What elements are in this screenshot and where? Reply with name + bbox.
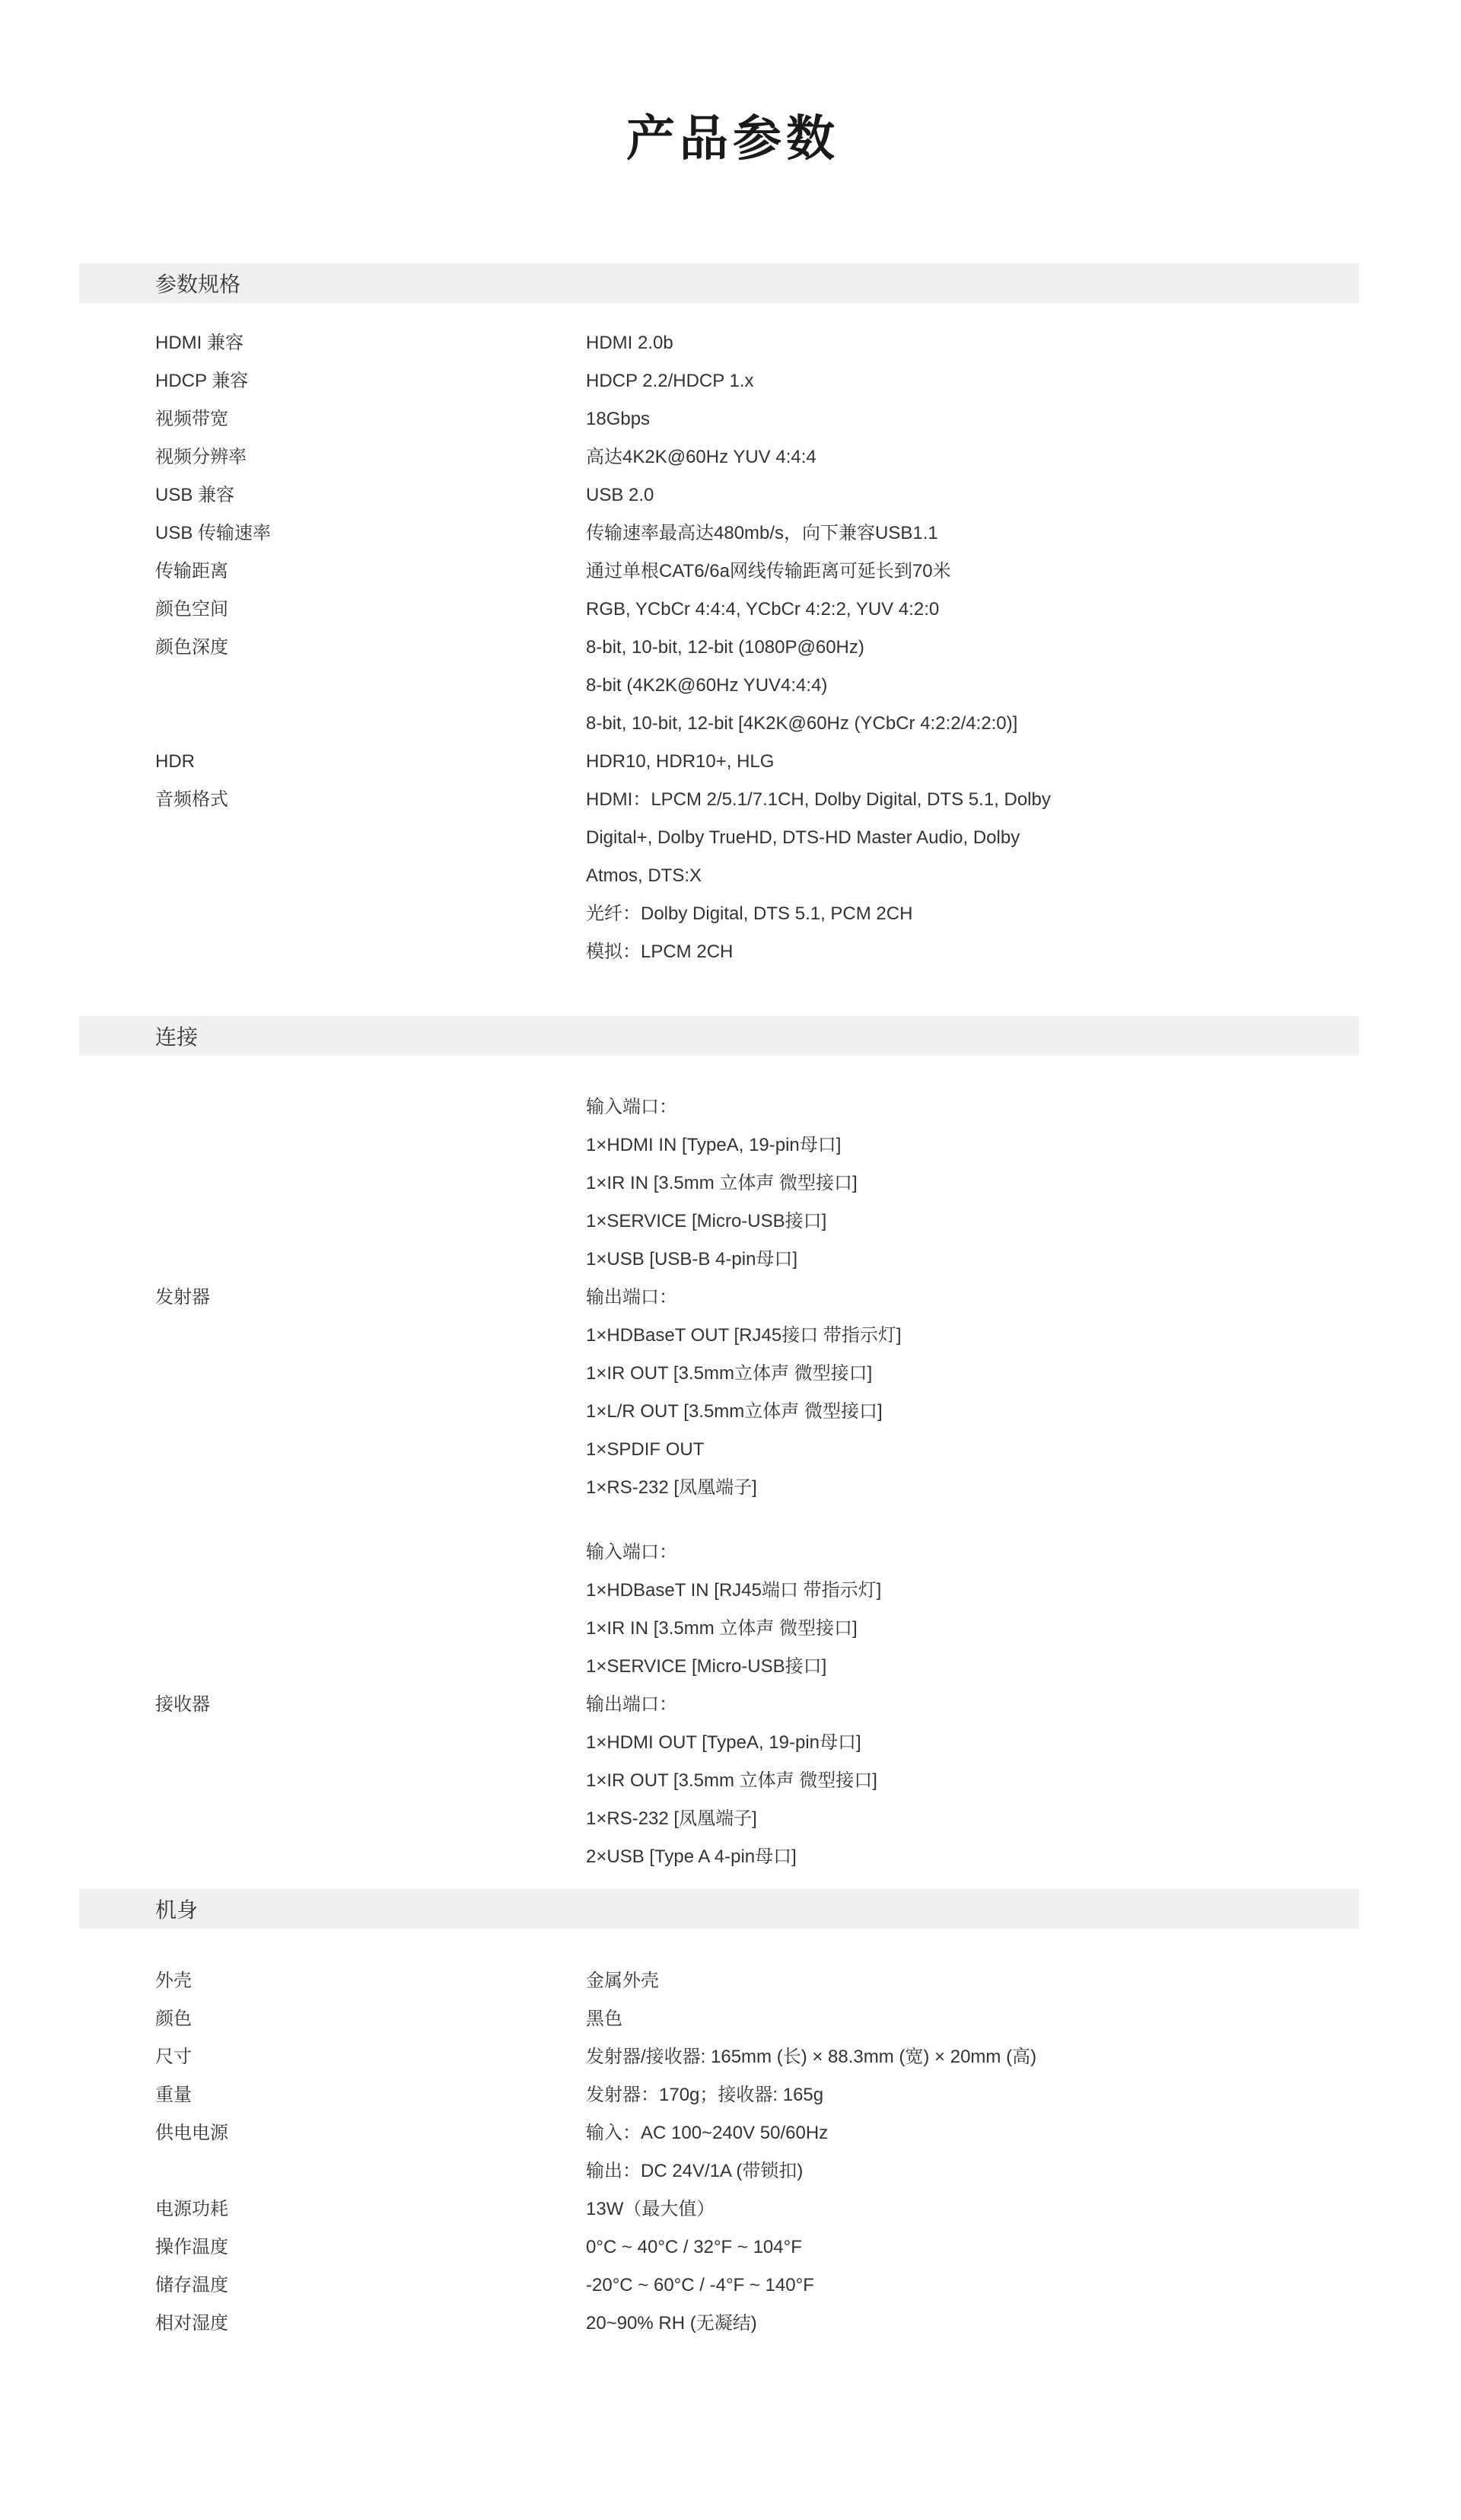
section-header-label: 机身 [155,1894,198,1924]
row-value: -20°C ~ 60°C / -4°F ~ 140°F [586,2267,1461,2305]
spec-row: 颜色空间RGB, YCbCr 4:4:4, YCbCr 4:2:2, YUV 4… [0,591,1461,629]
row-label: HDMI 兼容 [155,324,586,362]
value-line: 8-bit, 10-bit, 12-bit (1080P@60Hz) [586,629,1461,667]
value-line: RGB, YCbCr 4:4:4, YCbCr 4:2:2, YUV 4:2:0 [586,591,1461,629]
section-连接: 连接发射器输入端口：1×HDMI IN [TypeA, 19-pin母口]1×I… [0,1016,1461,1876]
row-value: RGB, YCbCr 4:4:4, YCbCr 4:2:2, YUV 4:2:0 [586,591,1461,629]
value-line: 发射器/接收器: 165mm (长) × 88.3mm (宽) × 20mm (… [586,2038,1461,2076]
spec-row: HDRHDR10, HDR10+, HLG [0,743,1461,781]
value-line: 1×RS-232 [凤凰端子] [586,1800,1461,1838]
spec-row: 颜色黑色 [0,2000,1461,2038]
value-line: 8-bit, 10-bit, 12-bit [4K2K@60Hz (YCbCr … [586,705,1461,743]
value-line: 1×L/R OUT [3.5mm立体声 微型接口] [586,1393,1461,1431]
spec-row: HDMI 兼容HDMI 2.0b [0,324,1461,362]
value-line: 1×SERVICE [Micro-USB接口] [586,1648,1461,1686]
value-line: 1×HDBaseT IN [RJ45端口 带指示灯] [586,1572,1461,1610]
value-line: 输出端口： [586,1279,1461,1317]
value-line: HDMI 2.0b [586,324,1461,362]
section-机身: 机身外壳金属外壳颜色黑色尺寸发射器/接收器: 165mm (长) × 88.3m… [0,1889,1461,2343]
value-line: 1×HDMI IN [TypeA, 19-pin母口] [586,1126,1461,1164]
row-label: 电源功耗 [155,2190,586,2228]
value-line: HDR10, HDR10+, HLG [586,743,1461,781]
value-line: 2×USB [Type A 4-pin母口] [586,1838,1461,1876]
spec-row: USB 兼容USB 2.0 [0,476,1461,515]
section-header-label: 连接 [155,1021,198,1051]
row-label: 重量 [155,2076,586,2114]
section-rows: 发射器输入端口：1×HDMI IN [TypeA, 19-pin母口]1×IR … [0,1056,1461,1876]
section-header-bar: 机身 [79,1889,1359,1929]
section-header-bar: 参数规格 [79,263,1359,303]
row-label: 发射器 [155,1088,586,1507]
row-value: HDCP 2.2/HDCP 1.x [586,362,1461,400]
row-label: 相对湿度 [155,2305,586,2343]
spec-row: 电源功耗13W（最大值） [0,2190,1461,2228]
value-line: 18Gbps [586,400,1461,438]
row-value: HDMI：LPCM 2/5.1/7.1CH, Dolby Digital, DT… [586,781,1461,971]
value-line: 1×SPDIF OUT [586,1431,1461,1469]
row-value: 20~90% RH (无凝结) [586,2305,1461,2343]
value-line: 光纤：Dolby Digital, DTS 5.1, PCM 2CH [586,895,1461,933]
row-label: 操作温度 [155,2228,586,2267]
row-value: 黑色 [586,2000,1461,2038]
row-value: 输入端口：1×HDBaseT IN [RJ45端口 带指示灯]1×IR IN [… [586,1534,1461,1876]
row-label: HDR [155,743,586,781]
spec-row: USB 传输速率传输速率最高达480mb/s，向下兼容USB1.1 [0,515,1461,553]
row-label: 外壳 [155,1962,586,2000]
product-spec-page: 产品参数 参数规格HDMI 兼容HDMI 2.0bHDCP 兼容HDCP 2.2… [0,0,1461,2520]
value-line: 传输速率最高达480mb/s，向下兼容USB1.1 [586,515,1461,553]
value-line: HDCP 2.2/HDCP 1.x [586,362,1461,400]
row-label: 储存温度 [155,2267,586,2305]
row-value: 发射器：170g；接收器: 165g [586,2076,1461,2114]
value-line: 输入端口： [586,1534,1461,1572]
spec-row: 相对湿度20~90% RH (无凝结) [0,2305,1461,2343]
section-header-label: 参数规格 [155,268,240,298]
value-line: 模拟：LPCM 2CH [586,933,1461,971]
value-line: 0°C ~ 40°C / 32°F ~ 104°F [586,2228,1461,2267]
row-label: 颜色空间 [155,591,586,629]
row-value: 输入端口：1×HDMI IN [TypeA, 19-pin母口]1×IR IN … [586,1088,1461,1507]
spec-row: 接收器输入端口：1×HDBaseT IN [RJ45端口 带指示灯]1×IR I… [0,1534,1461,1876]
spec-row: 尺寸发射器/接收器: 165mm (长) × 88.3mm (宽) × 20mm… [0,2038,1461,2076]
spec-row: 重量发射器：170g；接收器: 165g [0,2076,1461,2114]
value-line: 输出：DC 24V/1A (带锁扣) [586,2152,1461,2190]
value-line: Digital+, Dolby TrueHD, DTS-HD Master Au… [586,819,1461,857]
row-label: HDCP 兼容 [155,362,586,400]
row-value: 输入：AC 100~240V 50/60Hz输出：DC 24V/1A (带锁扣) [586,2114,1461,2190]
spec-row: 外壳金属外壳 [0,1962,1461,2000]
spec-row: 供电电源输入：AC 100~240V 50/60Hz输出：DC 24V/1A (… [0,2114,1461,2190]
value-line: 1×IR OUT [3.5mm 立体声 微型接口] [586,1762,1461,1800]
value-line: 20~90% RH (无凝结) [586,2305,1461,2343]
row-label: 尺寸 [155,2038,586,2076]
value-line: 输入：AC 100~240V 50/60Hz [586,2114,1461,2152]
row-label: 颜色深度 [155,629,586,743]
spec-row: 音频格式HDMI：LPCM 2/5.1/7.1CH, Dolby Digital… [0,781,1461,971]
row-label: 视频分辨率 [155,438,586,476]
row-label: 传输距离 [155,553,586,591]
value-line: -20°C ~ 60°C / -4°F ~ 140°F [586,2267,1461,2305]
row-label: USB 传输速率 [155,515,586,553]
spec-row: 储存温度-20°C ~ 60°C / -4°F ~ 140°F [0,2267,1461,2305]
row-value: 传输速率最高达480mb/s，向下兼容USB1.1 [586,515,1461,553]
value-line: 输入端口： [586,1088,1461,1126]
row-value: 通过单根CAT6/6a网线传输距离可延长到70米 [586,553,1461,591]
value-line: 1×HDMI OUT [TypeA, 19-pin母口] [586,1724,1461,1762]
spec-sections: 参数规格HDMI 兼容HDMI 2.0bHDCP 兼容HDCP 2.2/HDCP… [0,263,1461,2343]
spec-row: 发射器输入端口：1×HDMI IN [TypeA, 19-pin母口]1×IR … [0,1088,1461,1507]
row-label: 接收器 [155,1534,586,1876]
value-line: 金属外壳 [586,1962,1461,2000]
value-line: 输出端口： [586,1686,1461,1724]
value-line: 黑色 [586,2000,1461,2038]
value-line: 1×SERVICE [Micro-USB接口] [586,1203,1461,1241]
value-line: 通过单根CAT6/6a网线传输距离可延长到70米 [586,553,1461,591]
value-line: Atmos, DTS:X [586,857,1461,895]
section-参数规格: 参数规格HDMI 兼容HDMI 2.0bHDCP 兼容HDCP 2.2/HDCP… [0,263,1461,971]
value-line: 1×RS-232 [凤凰端子] [586,1469,1461,1507]
row-value: 发射器/接收器: 165mm (长) × 88.3mm (宽) × 20mm (… [586,2038,1461,2076]
spec-row: HDCP 兼容HDCP 2.2/HDCP 1.x [0,362,1461,400]
value-line: 1×IR IN [3.5mm 立体声 微型接口] [586,1164,1461,1203]
section-rows: 外壳金属外壳颜色黑色尺寸发射器/接收器: 165mm (长) × 88.3mm … [0,1929,1461,2343]
row-label: 颜色 [155,2000,586,2038]
row-label: 音频格式 [155,781,586,971]
value-line: 高达4K2K@60Hz YUV 4:4:4 [586,438,1461,476]
value-line: 1×USB [USB-B 4-pin母口] [586,1241,1461,1279]
row-value: 金属外壳 [586,1962,1461,2000]
row-value: 8-bit, 10-bit, 12-bit (1080P@60Hz)8-bit … [586,629,1461,743]
spec-row: 颜色深度8-bit, 10-bit, 12-bit (1080P@60Hz)8-… [0,629,1461,743]
row-label: 视频带宽 [155,400,586,438]
page-title: 产品参数 [0,0,1461,163]
value-line: 发射器：170g；接收器: 165g [586,2076,1461,2114]
spec-row: 操作温度0°C ~ 40°C / 32°F ~ 104°F [0,2228,1461,2267]
spec-row: 视频带宽18Gbps [0,400,1461,438]
spec-row: 视频分辨率高达4K2K@60Hz YUV 4:4:4 [0,438,1461,476]
value-line: USB 2.0 [586,476,1461,515]
row-value: HDMI 2.0b [586,324,1461,362]
value-line: 1×IR OUT [3.5mm立体声 微型接口] [586,1355,1461,1393]
value-line: 13W（最大值） [586,2190,1461,2228]
value-line: 1×IR IN [3.5mm 立体声 微型接口] [586,1610,1461,1648]
spec-row: 传输距离通过单根CAT6/6a网线传输距离可延长到70米 [0,553,1461,591]
row-value: HDR10, HDR10+, HLG [586,743,1461,781]
row-label: USB 兼容 [155,476,586,515]
section-header-bar: 连接 [79,1016,1359,1056]
value-line: 1×HDBaseT OUT [RJ45接口 带指示灯] [586,1317,1461,1355]
row-value: 高达4K2K@60Hz YUV 4:4:4 [586,438,1461,476]
value-line: HDMI：LPCM 2/5.1/7.1CH, Dolby Digital, DT… [586,781,1461,819]
row-value: 18Gbps [586,400,1461,438]
row-value: 13W（最大值） [586,2190,1461,2228]
section-rows: HDMI 兼容HDMI 2.0bHDCP 兼容HDCP 2.2/HDCP 1.x… [0,303,1461,971]
row-label: 供电电源 [155,2114,586,2190]
row-value: 0°C ~ 40°C / 32°F ~ 104°F [586,2228,1461,2267]
value-line: 8-bit (4K2K@60Hz YUV4:4:4) [586,667,1461,705]
row-value: USB 2.0 [586,476,1461,515]
